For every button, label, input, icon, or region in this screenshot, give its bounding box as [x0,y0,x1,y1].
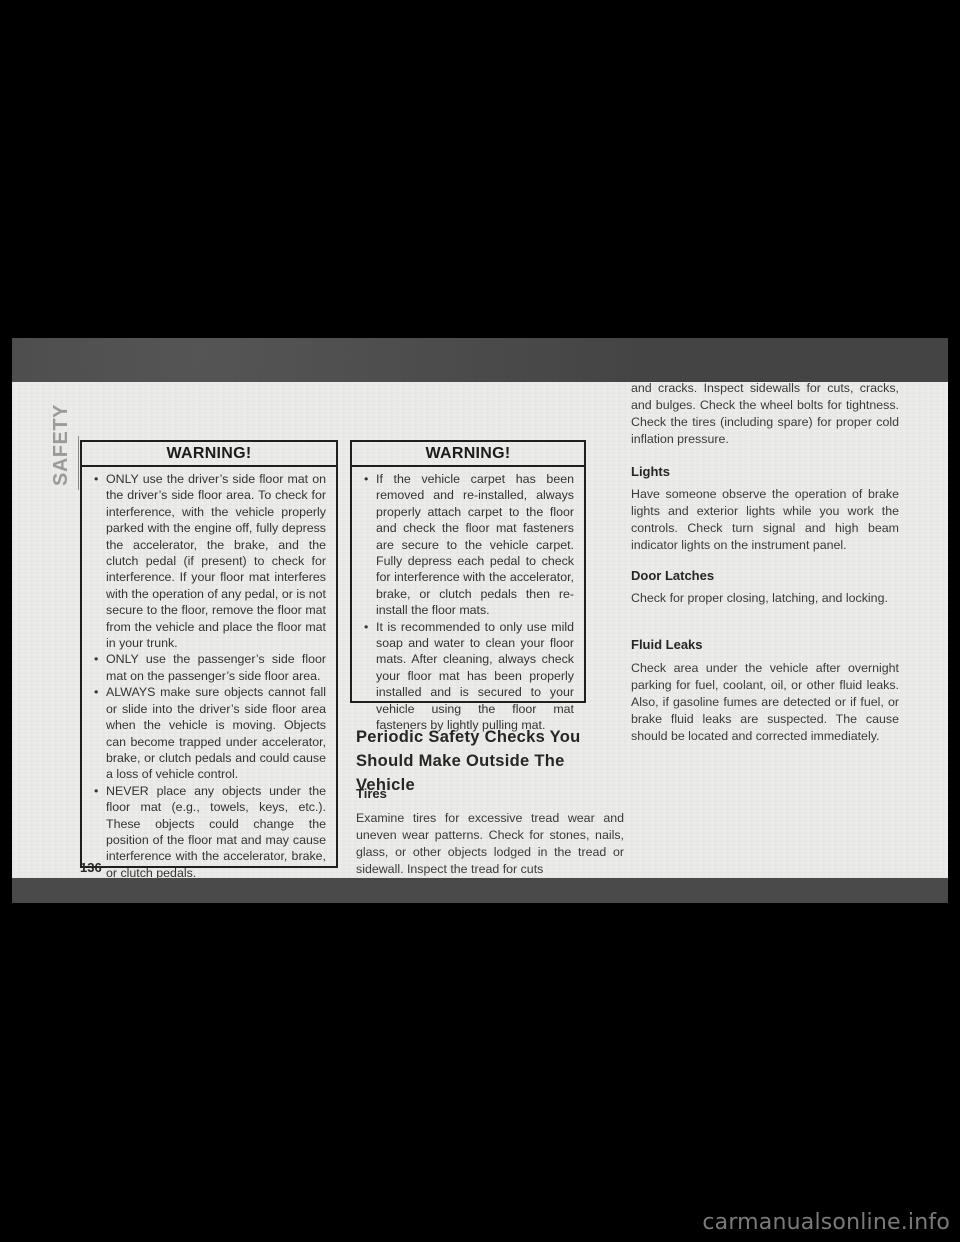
warning-box-floor-mats: WARNING! ONLY use the driver’s side floo… [80,440,338,868]
warning-box-carpet: WARNING! If the vehicle carpet has been … [350,440,586,703]
warning-title: WARNING! [352,442,584,467]
section-heading: Periodic Safety Checks You Should Make O… [356,725,626,797]
warning-item: ONLY use the driver’s side floor mat on … [92,471,326,651]
warning-item: NEVER place any objects under the floor … [92,783,326,881]
warning-item: ONLY use the passenger’s side floor mat … [92,651,326,684]
lights-text: Have someone observe the operation of br… [631,486,899,554]
footer-band [12,878,948,903]
subheading-tires: Tires [356,786,387,801]
subheading-fluid-leaks: Fluid Leaks [631,637,703,652]
tires-text-continued: and cracks. Inspect sidewalls for cuts, … [631,380,899,448]
manual-page: SAFETY WARNING! ONLY use the driver’s si… [12,338,948,903]
page-paper: SAFETY WARNING! ONLY use the driver’s si… [12,382,948,878]
watermark: carmanualsonline.info [702,1210,950,1235]
warning-list: If the vehicle carpet has been removed a… [352,467,584,740]
warning-title: WARNING! [82,442,336,467]
section-tab-label: SAFETY [50,404,73,486]
warning-item: It is recommended to only use mild soap … [362,619,574,734]
section-tab: SAFETY [40,436,79,490]
subheading-lights: Lights [631,464,670,479]
warning-list: ONLY use the driver’s side floor mat on … [82,467,336,887]
warning-item: If the vehicle carpet has been removed a… [362,471,574,619]
warning-item: ALWAYS make sure objects cannot fall or … [92,684,326,782]
door-latches-text: Check for proper closing, latching, and … [631,590,899,607]
header-band [12,338,948,382]
subheading-door-latches: Door Latches [631,568,714,583]
page-number: 136 [80,860,102,875]
fluid-leaks-text: Check area under the vehicle after overn… [631,660,899,745]
tires-text: Examine tires for excessive tread wear a… [356,810,624,878]
